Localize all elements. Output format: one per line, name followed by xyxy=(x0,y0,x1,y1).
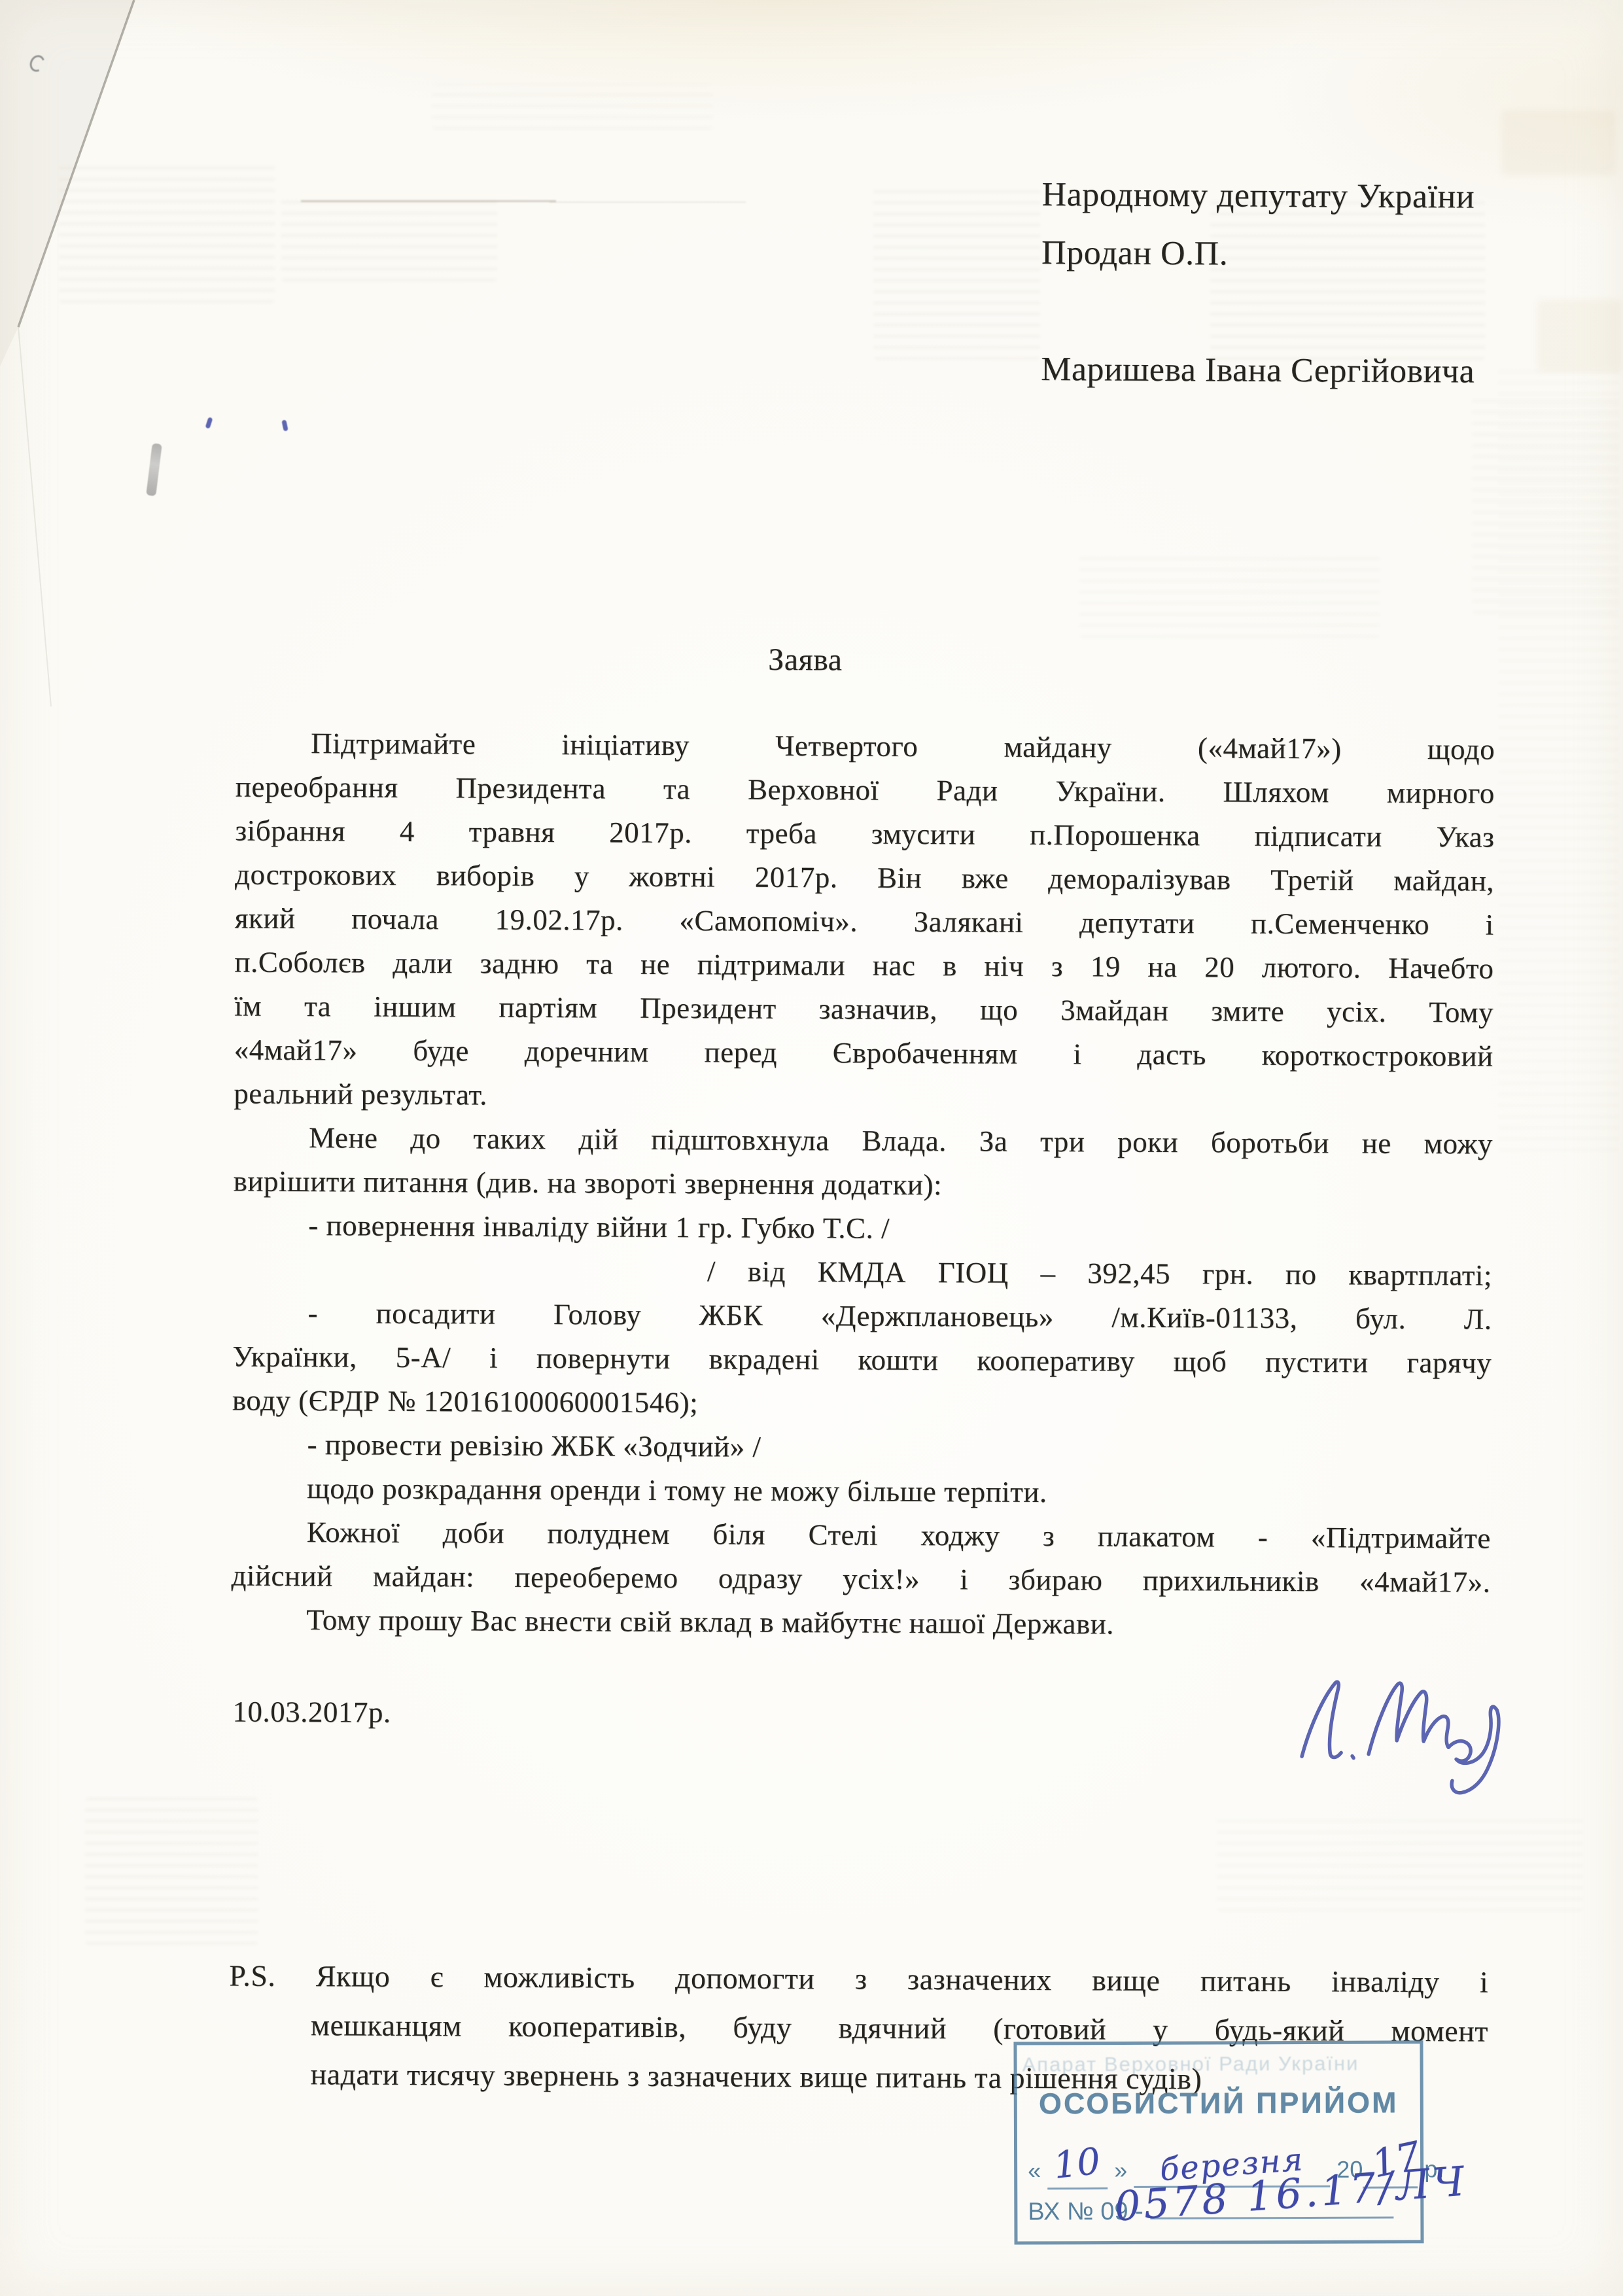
body-line: їм та іншим партіям Президент зазначив, … xyxy=(234,984,1493,1035)
body-line: воду (ЄРДР № 12016100060001546); xyxy=(232,1379,1492,1429)
stamp-title: ОСОБИСТИЙ ПРИЙОМ xyxy=(1017,2085,1420,2121)
sender-line: Маришева Івана Сергійовича xyxy=(1041,340,1616,402)
body-line: Українки, 5-А/ і повернути вкрадені кошт… xyxy=(232,1335,1492,1385)
body-line: зібрання 4 травня 2017р. треба змусити п… xyxy=(235,809,1494,860)
body-line: - повернення інваліду війни 1 гр. Губко … xyxy=(233,1204,1492,1254)
body-line: Мене до таких дій підштовхнула Влада. За… xyxy=(234,1116,1493,1166)
document-title: Заява xyxy=(236,639,1374,681)
body-line: дострокових виборів у жовтні 2017р. Він … xyxy=(235,853,1494,903)
stamp-quote-close: » xyxy=(1114,2157,1127,2183)
body-line: який почала 19.02.17р. «Самопоміч». Заля… xyxy=(235,897,1494,947)
letter-date: 10.03.2017р. xyxy=(232,1695,391,1730)
body-line: переобрання Президента та Верховної Ради… xyxy=(236,765,1495,816)
letter-header: Народному депутату України Продан О.П. М… xyxy=(1041,165,1618,402)
recipient-line: Продан О.П. xyxy=(1041,224,1617,285)
letter-body: Підтримайте ініціативу Четвертого майдан… xyxy=(231,722,1495,1648)
scanned-letter-page: Народному депутату України Продан О.П. М… xyxy=(0,0,1623,2296)
body-line: Кожної доби полуднем біля Стелі ходжу з … xyxy=(232,1510,1491,1561)
body-line: реальний результат. xyxy=(234,1072,1493,1122)
body-line: / від КМДА ГІОЦ – 392,45 грн. по квартпл… xyxy=(233,1247,1492,1298)
signature-graphic xyxy=(1290,1657,1507,1802)
stamp-day-blank: 10 xyxy=(1047,2145,1108,2189)
body-line: - посадити Голову ЖБК «Держплановець» /м… xyxy=(232,1291,1492,1342)
stamp-quote-open: « xyxy=(1028,2157,1041,2183)
ps-line: P.S. Якщо є можливість допомогти з зазна… xyxy=(229,1951,1488,2007)
header-spacer xyxy=(1041,282,1616,343)
recipient-line: Народному депутату України xyxy=(1041,165,1617,227)
body-line: щодо розкрадання оренди і тому не можу б… xyxy=(232,1467,1491,1517)
body-line: п.Соболєв дали задню та не підтримали на… xyxy=(234,941,1493,991)
body-line: Підтримайте ініціативу Четвертого майдан… xyxy=(236,722,1495,772)
body-line: - провести ревізію ЖБК «Зодчий» / xyxy=(232,1423,1491,1473)
body-line: дійсний майдан: переоберемо одразу усіх!… xyxy=(231,1554,1490,1605)
body-line: «4май17» буде доречним перед Євробачення… xyxy=(234,1028,1493,1079)
body-line: вирішити питання (див. на звороті зверне… xyxy=(234,1160,1493,1210)
reception-stamp: Апарат Верховної Ради України ОСОБИСТИЙ … xyxy=(1013,2040,1423,2244)
body-line: Тому прошу Вас внести свій вклад в майбу… xyxy=(231,1598,1490,1648)
stamp-day-handwritten: 10 xyxy=(1052,2140,1103,2187)
stamp-ghost-header: Апарат Верховної Ради України xyxy=(1022,2051,1520,2077)
